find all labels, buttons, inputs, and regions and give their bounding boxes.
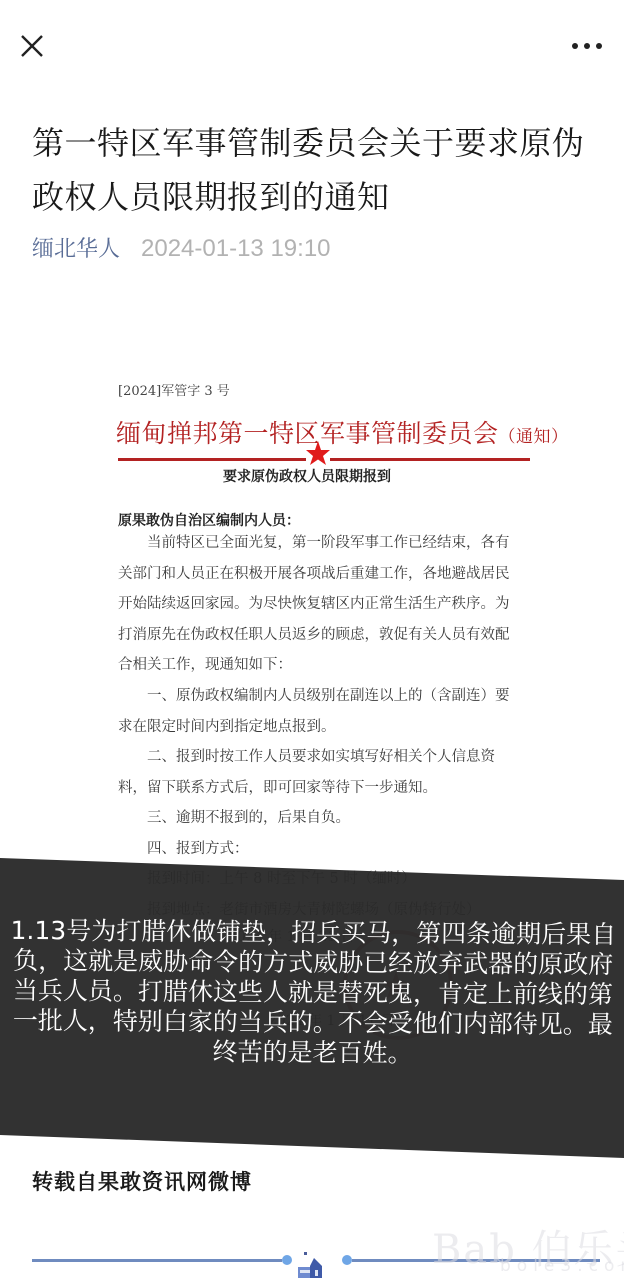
document-number: [2024]军管字 3 号 (118, 380, 230, 399)
red-star-icon (305, 440, 331, 466)
more-horizontal-icon (570, 38, 606, 54)
article-meta: 缅北华人 2024-01-13 19:10 (32, 232, 331, 267)
source-note: 转载自果敢资讯网微博 (32, 1166, 252, 1196)
document-issuer: 缅甸掸邦第一特区军事管制委员会（通知） (116, 414, 569, 450)
site-watermark: Bab 伯乐头条 bole3.com (432, 1218, 624, 1280)
divider-dot-right (342, 1255, 352, 1265)
author-link[interactable]: 缅北华人 (32, 237, 120, 262)
close-button[interactable] (18, 32, 46, 60)
document-paragraph: 一、原伪政权编制内人员级别在副连以上的（含副连）要求在限定时间内到指定地点报到。 (118, 681, 520, 742)
document-paragraph: 三、逾期不报到的，后果自负。 (118, 803, 520, 834)
comment-overlay-text: 1.13号为打腊休做铺垫，招兵买马，第四条逾期后果自负，这就是威胁命令的方式威胁… (5, 916, 620, 1070)
document-paragraph: 四、报到方式： (118, 834, 520, 865)
divider-line-left (32, 1259, 282, 1262)
document-paragraph: 二、报到时按工作人员要求如实填写好相关个人信息资料，留下联系方式后，即可回家等待… (118, 742, 520, 803)
document-subtitle: 要求原伪政权人员限期报到 (223, 466, 391, 486)
more-options-button[interactable] (570, 38, 606, 54)
house-icon (296, 1250, 332, 1280)
top-bar (0, 0, 624, 90)
divider-dot-left (282, 1255, 292, 1265)
watermark-url: bole3.com (500, 1256, 624, 1276)
document-addressee: 原果敢伪自治区编制内人员： (118, 510, 300, 530)
article-title: 第一特区军事管制委员会关于要求原伪政权人员限期报到的通知 (32, 116, 602, 224)
red-rule-right (330, 458, 530, 461)
close-icon (18, 32, 46, 60)
document-paragraph: 当前特区已全面光复，第一阶段军事工作已经结束，各有关部门和人员正在积极开展各项战… (118, 528, 520, 681)
publish-time: 2024-01-13 19:10 (141, 235, 331, 262)
red-rule-left (118, 458, 306, 461)
issuer-tag: （通知） (499, 427, 569, 447)
